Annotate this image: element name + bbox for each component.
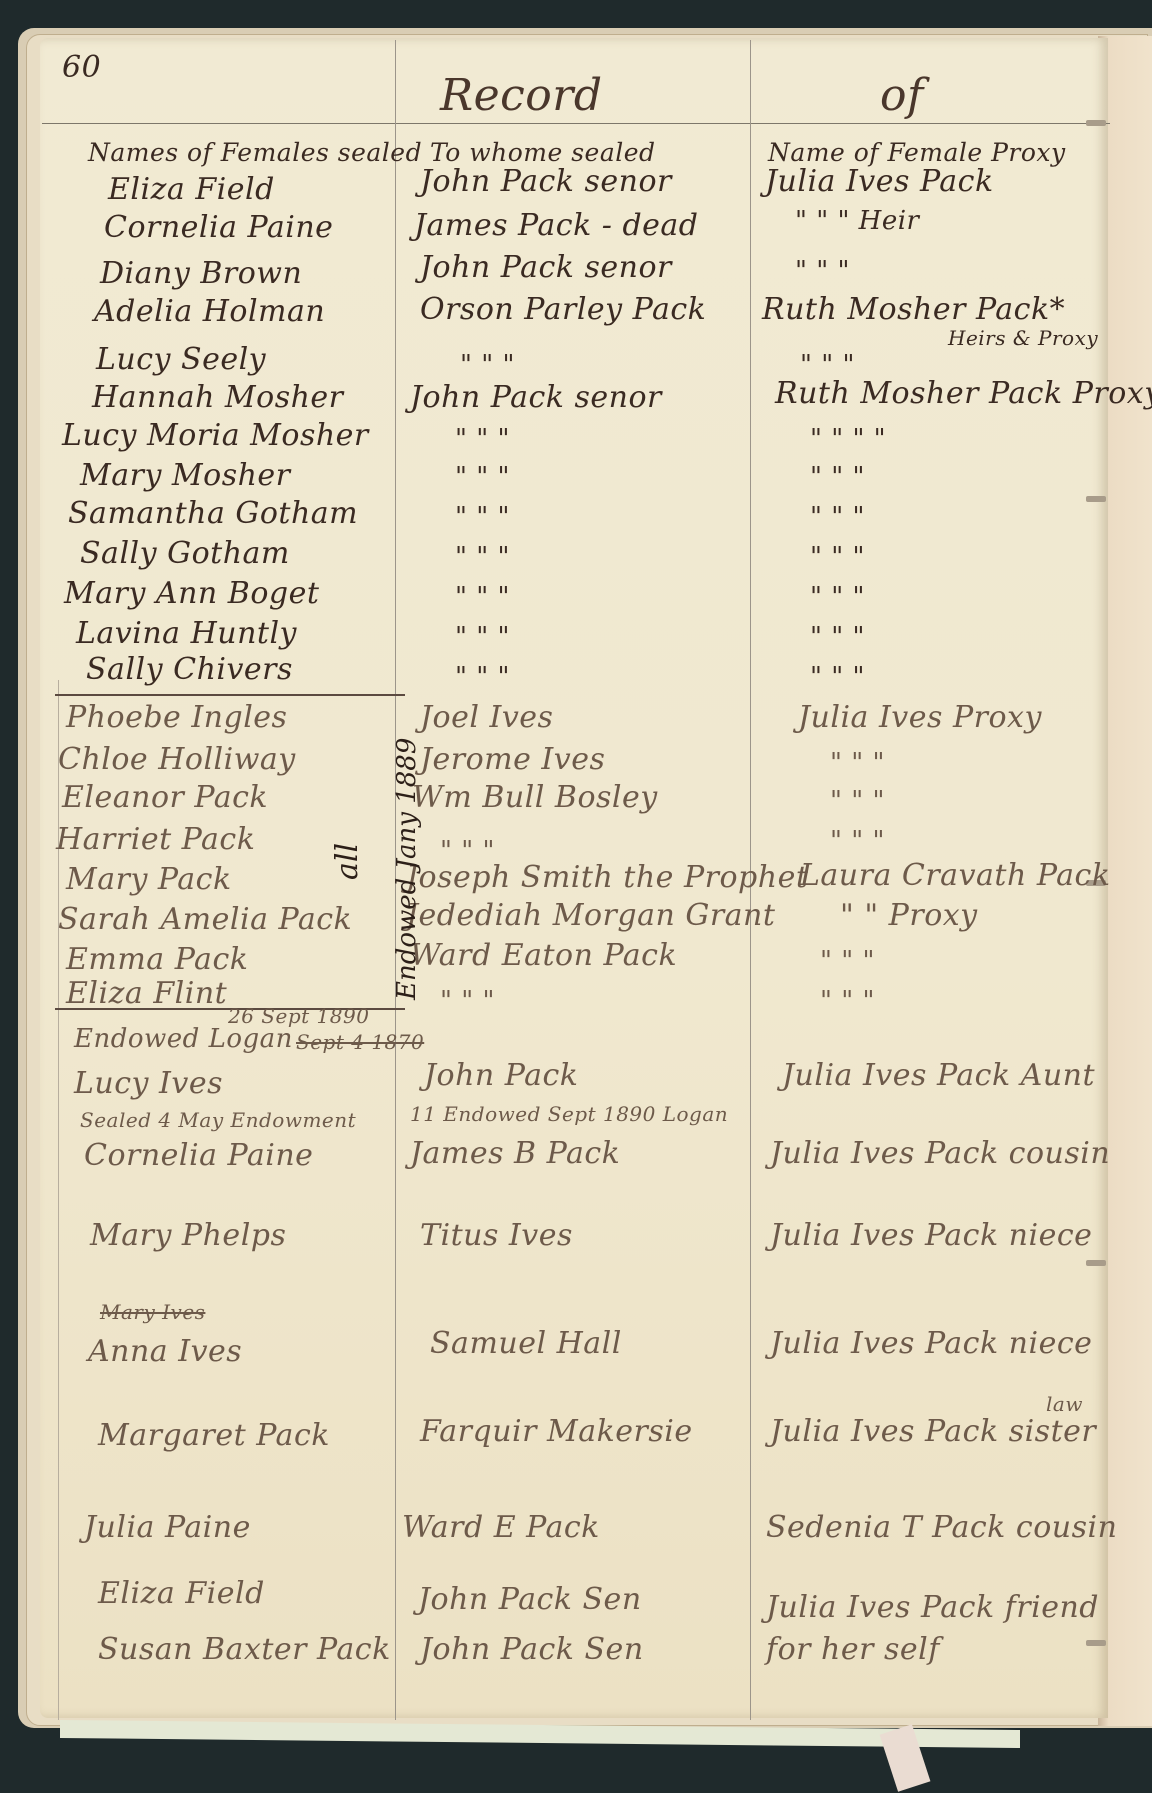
proxy-cell: for her self [766,1632,940,1667]
sealed-to-cell: Samuel Hall [430,1326,622,1361]
header-rule [42,123,1110,124]
sealed-to-cell: John Pack Sen [420,1632,644,1667]
side-note-all: all [330,843,365,880]
name-cell: Adelia Holman [94,294,325,329]
sealed-to-cell: " " " [460,350,515,380]
binding-tab [1086,496,1106,502]
name-cell: Lavina Huntly [76,616,297,651]
sealed-to-cell: Orson Parley Pack [420,292,706,327]
sealed-to-cell: " " " [455,582,510,612]
proxy-cell: " " " Heir [795,206,919,236]
name-cell: Eliza Flint [66,976,227,1011]
page-number: 60 [62,50,101,85]
page-heading-of: of [880,70,924,121]
proxy-cell: Julia Ives Pack friend [766,1590,1099,1625]
vertical-note-endowed: Endowed Jany 1889 [392,738,422,1000]
name-cell: Mary Mosher [80,458,291,493]
name-cell: Julia Paine [84,1510,251,1545]
name-cell: Mary Ann Boget [64,576,319,611]
sealed-to-cell: John Pack senor [410,380,662,415]
endowed-date-struck: Sept 4 1870 [296,1030,424,1054]
name-cell: Sally Gotham [80,536,290,571]
name-cell: Phoebe Ingles [66,700,287,735]
proxy-cell: Ruth Mosher Pack* [762,292,1065,327]
sealed-to-cell: Ward E Pack [402,1510,600,1545]
proxy-cell: Julia Ives Pack cousin [770,1136,1110,1171]
proxy-cell: " " " [830,786,885,816]
sealed-to-cell: " " " [455,502,510,532]
proxy-cell: Julia Ives Pack niece [770,1326,1092,1361]
proxy-cell: Laura Cravath Pack [800,858,1111,893]
name-cell: Mary Pack [66,862,232,897]
sealed-to-cell: John Pack senor [420,164,672,199]
name-cell: Margaret Pack [98,1418,330,1453]
sealed-to-cell: " " " [455,424,510,454]
sealed-to-cell: Joseph Smith the Prophet [406,860,808,895]
binding-tab [1086,1260,1106,1266]
sealed-to-cell: John Pack Sen [418,1582,642,1617]
proxy-cell: " " " [810,662,865,692]
name-cell: Sally Chivers [86,652,293,687]
sealed-to-cell: " " " [455,542,510,572]
proxy-cell: Julia Ives Pack sister [770,1414,1096,1449]
name-cell: Harriet Pack [56,822,255,857]
sealed-to-cell: John Pack senor [420,250,672,285]
name-cell: Sarah Amelia Pack [58,902,352,937]
column-header-sealed-to: To whome sealed [430,138,656,167]
proxy-cell: Julia Ives Pack Aunt [782,1058,1095,1093]
name-cell: Samantha Gotham [68,496,358,531]
section-rule-1 [55,694,405,696]
proxy-cell: Julia Ives Pack niece [770,1218,1092,1253]
binding-tab [1086,120,1106,126]
proxy-cell: " " " [810,622,865,652]
sealed-note: 11 Endowed Sept 1890 Logan [410,1102,728,1126]
name-cell: Diany Brown [100,256,302,291]
name-cell: Eliza Field [98,1576,265,1611]
column-header-proxy: Name of Female Proxy [768,138,1066,167]
proxy-cell: " " " [820,986,875,1016]
proxy-cell: " " " [830,826,885,856]
sealed-to-cell: Titus Ives [420,1218,573,1253]
sealed-to-cell: " " " [440,986,495,1016]
proxy-note: law [1046,1392,1083,1416]
column-header-names: Names of Females sealed [88,138,422,167]
sealed-to-cell: " " " [455,462,510,492]
proxy-cell: " " " [810,502,865,532]
sealed-to-cell: James B Pack [410,1136,620,1171]
name-cell: Susan Baxter Pack [98,1632,391,1667]
name-cell: Lucy Seely [96,342,266,377]
name-cell: Eliza Field [108,172,275,207]
proxy-note: Heirs & Proxy [948,326,1098,350]
page-heading-record: Record [440,70,603,121]
name-cell: Cornelia Paine [84,1138,313,1173]
name-cell: Chloe Holliway [58,742,296,777]
proxy-cell: " " " [830,748,885,778]
sealed-to-cell: Wm Bull Bosley [412,780,658,815]
proxy-cell: " " " [810,582,865,612]
sealed-to-cell: Jedediah Morgan Grant [406,898,775,933]
name-cell: Emma Pack [66,942,248,977]
name-cell: Cornelia Paine [104,210,333,245]
name-cell: Lucy Moria Mosher [62,418,369,453]
proxy-cell: " " " [810,542,865,572]
endowed-note: Endowed Logan [74,1024,293,1054]
proxy-cell: Julia Ives Pack [765,164,994,199]
name-cell: Mary Phelps [90,1218,286,1253]
sealed-to-cell: Joel Ives [420,700,553,735]
name-cell: Lucy Ives [74,1066,223,1101]
name-struck: Mary Ives [100,1300,205,1324]
name-cell: Eleanor Pack [62,780,268,815]
proxy-cell: " " " [795,256,850,286]
sealed-to-cell: " " " [455,662,510,692]
proxy-cell: Julia Ives Proxy [798,700,1042,735]
sealed-to-cell: Ward Eaton Pack [410,938,677,973]
sealed-to-cell: Farquir Makersie [420,1414,693,1449]
proxy-cell: " " " " [810,424,886,454]
name-cell: Hannah Mosher [92,380,344,415]
sealed-to-cell: Jerome Ives [420,742,605,777]
sealed-to-cell: " " " [455,622,510,652]
proxy-cell: " " " [820,946,875,976]
proxy-cell: Ruth Mosher Pack Proxy [775,376,1152,411]
binding-tab [1086,1640,1106,1646]
name-note: Sealed 4 May Endowment [80,1108,356,1132]
proxy-cell: " " " [810,462,865,492]
proxy-cell: Sedenia T Pack cousin [766,1510,1117,1545]
name-cell: Anna Ives [88,1334,242,1369]
sealed-to-cell: John Pack [424,1058,578,1093]
proxy-cell: " " Proxy [840,898,978,933]
sealed-to-cell: James Pack - dead [414,208,699,243]
